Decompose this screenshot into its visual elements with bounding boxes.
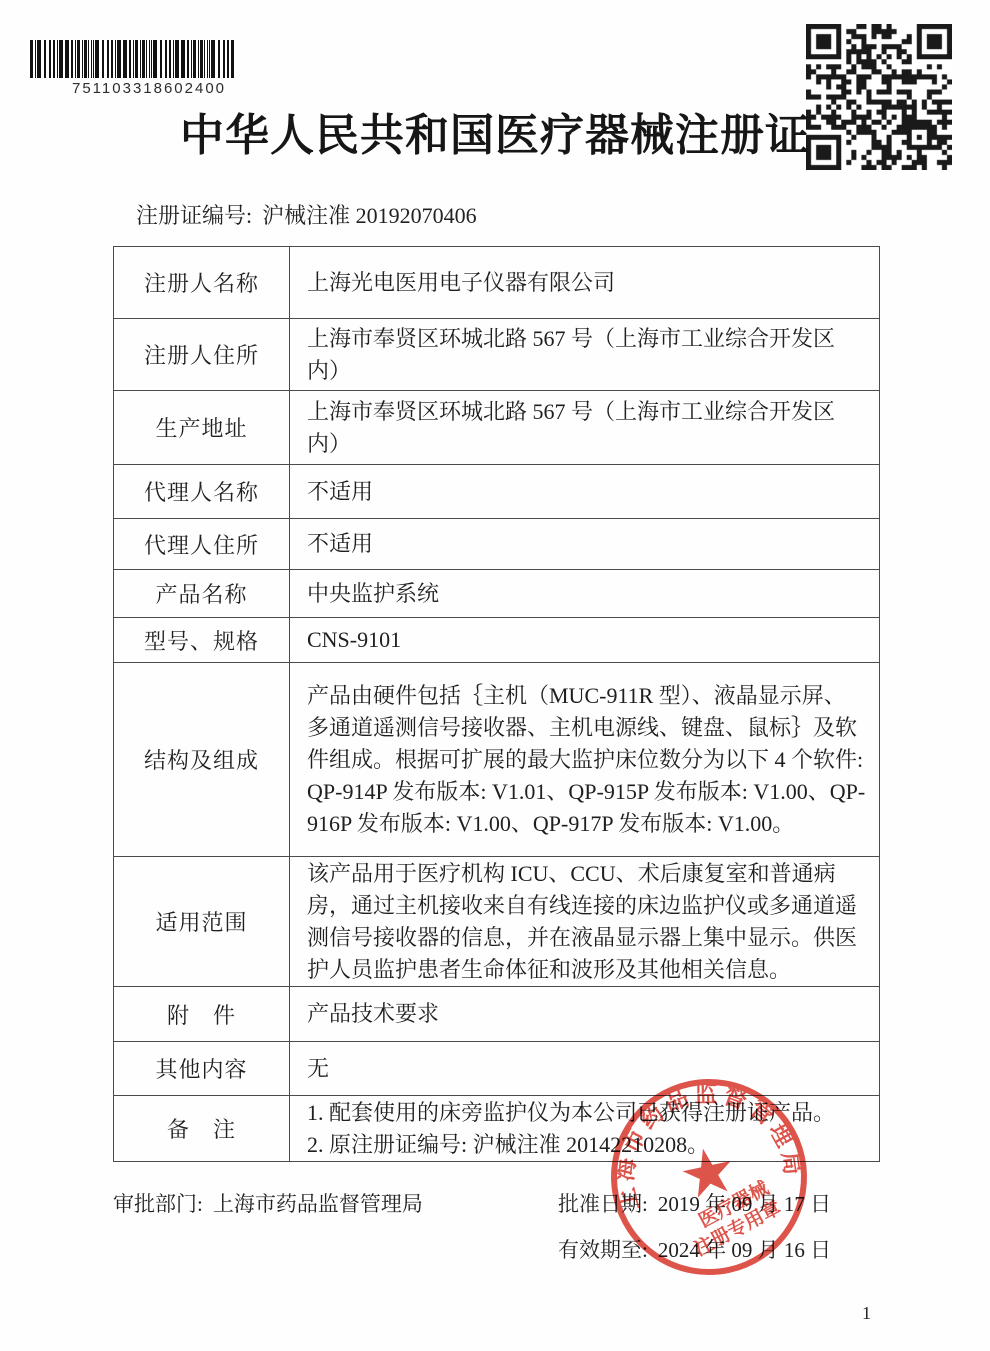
barcode-number: 751103318602400 [30, 80, 242, 97]
row-label: 备 注 [114, 1096, 290, 1161]
row-label: 结构及组成 [114, 663, 290, 856]
row-value: 上海市奉贤区环城北路 567 号（上海市工业综合开发区内） [290, 319, 879, 390]
registration-number-value: 沪械注准 20192070406 [262, 203, 477, 228]
table-row: 备 注1. 配套使用的床旁监护仪为本公司已获得注册证产品。2. 原注册证编号: … [114, 1095, 879, 1161]
approval-date-label: 批准日期: [558, 1192, 648, 1216]
table-row: 代理人名称不适用 [114, 464, 879, 518]
row-value: 产品技术要求 [290, 987, 879, 1041]
approval-department-value: 上海市药品监督管理局 [213, 1192, 423, 1216]
row-value: 中央监护系统 [290, 570, 879, 617]
registration-number-line: 注册证编号:沪械注准 20192070406 [136, 199, 477, 230]
row-value: CNS-9101 [290, 618, 879, 662]
row-value: 产品由硬件包括｛主机（MUC-911R 型）、液晶显示屏、多通道遥测信号接收器、… [290, 663, 879, 856]
document-title: 中华人民共和国医疗器械注册证 [0, 99, 990, 163]
row-value: 不适用 [290, 519, 879, 569]
row-label: 附 件 [114, 987, 290, 1041]
row-label: 代理人住所 [114, 519, 290, 569]
table-row: 型号、规格CNS-9101 [114, 617, 879, 662]
valid-until-label: 有效期至: [558, 1238, 648, 1262]
table-row: 适用范围该产品用于医疗机构 ICU、CCU、术后康复室和普通病房，通过主机接收来… [114, 856, 879, 986]
table-row: 生产地址上海市奉贤区环城北路 567 号（上海市工业综合开发区内） [114, 390, 879, 464]
row-value: 不适用 [290, 465, 879, 518]
approval-date-value: 2019 年 09 月 17 日 [658, 1192, 831, 1216]
row-value: 1. 配套使用的床旁监护仪为本公司已获得注册证产品。2. 原注册证编号: 沪械注… [290, 1096, 879, 1161]
row-value: 上海光电医用电子仪器有限公司 [290, 247, 879, 318]
certificate-table: 注册人名称上海光电医用电子仪器有限公司注册人住所上海市奉贤区环城北路 567 号… [113, 246, 880, 1162]
approval-department-line: 审批部门:上海市药品监督管理局 [113, 1188, 423, 1218]
approval-department-label: 审批部门: [113, 1192, 203, 1216]
table-row: 注册人名称上海光电医用电子仪器有限公司 [114, 247, 879, 318]
table-row: 附 件产品技术要求 [114, 986, 879, 1041]
valid-until-value: 2024 年 09 月 16 日 [658, 1238, 831, 1262]
row-label: 适用范围 [114, 857, 290, 986]
table-row: 注册人住所上海市奉贤区环城北路 567 号（上海市工业综合开发区内） [114, 318, 879, 390]
row-value: 无 [290, 1042, 879, 1095]
certificate-page: 751103318602400 中华人民共和国医疗器械注册证 注册证编号:沪械注… [0, 0, 990, 1351]
row-label: 型号、规格 [114, 618, 290, 662]
table-row: 其他内容无 [114, 1041, 879, 1095]
table-row: 代理人住所不适用 [114, 518, 879, 569]
row-label: 生产地址 [114, 391, 290, 464]
row-value: 该产品用于医疗机构 ICU、CCU、术后康复室和普通病房，通过主机接收来自有线连… [290, 857, 879, 986]
approval-date-line: 批准日期:2019 年 09 月 17 日 [558, 1188, 831, 1218]
row-label: 注册人住所 [114, 319, 290, 390]
row-label: 代理人名称 [114, 465, 290, 518]
table-row: 产品名称中央监护系统 [114, 569, 879, 617]
barcode: 751103318602400 [30, 40, 242, 97]
page-number: 1 [862, 1303, 871, 1324]
row-value: 上海市奉贤区环城北路 567 号（上海市工业综合开发区内） [290, 391, 879, 464]
valid-until-line: 有效期至:2024 年 09 月 16 日 [558, 1234, 831, 1264]
barcode-bars-icon [30, 40, 242, 78]
row-label: 产品名称 [114, 570, 290, 617]
table-row: 结构及组成产品由硬件包括｛主机（MUC-911R 型）、液晶显示屏、多通道遥测信… [114, 662, 879, 856]
registration-number-label: 注册证编号: [136, 203, 252, 228]
row-label: 注册人名称 [114, 247, 290, 318]
row-label: 其他内容 [114, 1042, 290, 1095]
